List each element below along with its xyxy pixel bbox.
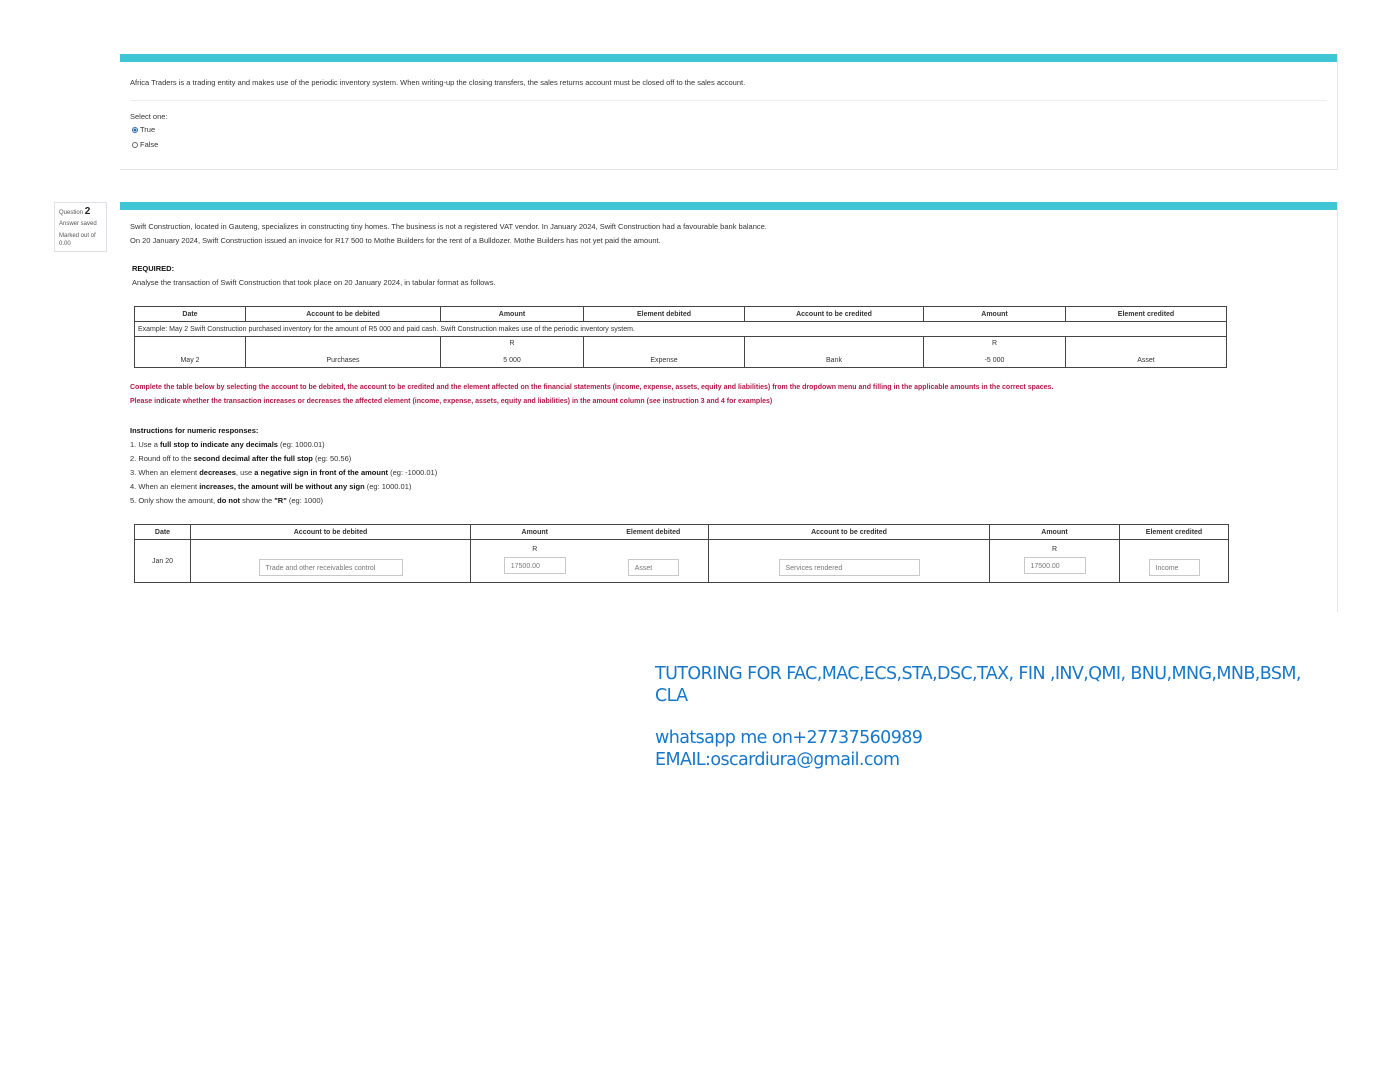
example-credit-amount: -5 000 bbox=[924, 357, 1065, 364]
header-date: Date bbox=[135, 525, 191, 540]
element-credited-select[interactable]: Income bbox=[1149, 559, 1200, 576]
marked-out-of-label: Marked out of bbox=[59, 233, 96, 239]
example-credit-account: Bank bbox=[745, 357, 923, 364]
question-number: 2 bbox=[85, 206, 91, 217]
currency-label: R bbox=[924, 340, 1065, 347]
answer-table: Date Account to be debited Amount Elemen… bbox=[134, 524, 1229, 583]
example-debit-account: Purchases bbox=[246, 357, 440, 364]
divider bbox=[130, 100, 1327, 101]
header-element-credited: Element credited bbox=[1120, 525, 1229, 540]
numeric-instruction-item: 2. Round off to the second decimal after… bbox=[130, 454, 351, 463]
question-accent-bar bbox=[120, 54, 1337, 62]
example-date: May 2 bbox=[135, 357, 245, 364]
required-text: Analyse the transaction of Swift Constru… bbox=[132, 278, 496, 287]
credit-account-select[interactable]: Services rendered bbox=[779, 559, 920, 576]
required-heading: REQUIRED: bbox=[132, 264, 174, 273]
tutoring-advert: TUTORING FOR FAC,MAC,ECS,STA,DSC,TAX, FI… bbox=[655, 663, 1301, 771]
example-debit-amount: 5 000 bbox=[441, 357, 583, 364]
numeric-instruction-item: 1. Use a full stop to indicate any decim… bbox=[130, 440, 325, 449]
option-true[interactable]: True bbox=[132, 125, 155, 134]
answer-status: Answer saved bbox=[59, 219, 102, 230]
header-account-debited: Account to be debited bbox=[191, 525, 471, 540]
numeric-instruction-item: 3. When an element decreases, use a nega… bbox=[130, 468, 437, 477]
radio-unchecked-icon[interactable] bbox=[132, 142, 138, 148]
table-row: May 2 Purchases R5 000 Expense Bank R-5 … bbox=[135, 337, 1227, 368]
option-label: True bbox=[140, 125, 155, 134]
intro-line-1: Swift Construction, located in Gauteng, … bbox=[130, 222, 767, 231]
example-element-debited: Expense bbox=[584, 357, 744, 364]
intro-line-2: On 20 January 2024, Swift Construction i… bbox=[130, 236, 661, 245]
header-amount: Amount bbox=[441, 307, 584, 322]
element-debited-select[interactable]: Asset bbox=[628, 559, 679, 576]
example-table: Date Account to be debited Amount Elemen… bbox=[134, 306, 1227, 368]
header-amount: Amount bbox=[471, 525, 599, 540]
advert-line-2: CLA bbox=[655, 685, 1301, 707]
advert-line-1: TUTORING FOR FAC,MAC,ECS,STA,DSC,TAX, FI… bbox=[655, 663, 1301, 685]
header-amount: Amount bbox=[924, 307, 1066, 322]
example-text: Example: May 2 Swift Construction purcha… bbox=[135, 322, 1227, 337]
instruction-red-1: Complete the table below by selecting th… bbox=[130, 384, 1053, 391]
question-label: Question bbox=[59, 210, 83, 216]
header-amount: Amount bbox=[990, 525, 1120, 540]
numeric-instruction-item: 4. When an element increases, the amount… bbox=[130, 482, 411, 491]
header-element-debited: Element debited bbox=[599, 525, 709, 540]
currency-label: R bbox=[471, 543, 599, 557]
header-date: Date bbox=[135, 307, 246, 322]
question-1-text: Africa Traders is a trading entity and m… bbox=[130, 78, 745, 87]
option-label: False bbox=[140, 140, 158, 149]
header-account-debited: Account to be debited bbox=[246, 307, 441, 322]
table-header-row: Date Account to be debited Amount Elemen… bbox=[135, 525, 1229, 540]
header-element-credited: Element credited bbox=[1066, 307, 1227, 322]
debit-amount-input[interactable]: 17500.00 bbox=[504, 557, 566, 574]
table-header-row: Date Account to be debited Amount Elemen… bbox=[135, 307, 1227, 322]
advert-email: EMAIL:oscardiura@gmail.com bbox=[655, 749, 1301, 771]
question-2-card: Swift Construction, located in Gauteng, … bbox=[120, 202, 1338, 612]
header-account-credited: Account to be credited bbox=[709, 525, 990, 540]
question-1-card: Africa Traders is a trading entity and m… bbox=[120, 54, 1338, 170]
advert-whatsapp: whatsapp me on+27737560989 bbox=[655, 727, 1301, 749]
radio-checked-icon[interactable] bbox=[132, 127, 138, 133]
numeric-instruction-item: 5. Only show the amount, do not show the… bbox=[130, 496, 323, 505]
answer-row: Jan 20 Trade and other receivables contr… bbox=[135, 540, 1229, 583]
example-description-row: Example: May 2 Swift Construction purcha… bbox=[135, 322, 1227, 337]
question-info-box: Question 2 Answer saved Marked out of 0.… bbox=[54, 202, 107, 252]
numeric-instructions-heading: Instructions for numeric responses: bbox=[130, 426, 258, 435]
option-false[interactable]: False bbox=[132, 140, 158, 149]
marks-value: 0.00 bbox=[59, 241, 71, 247]
header-account-credited: Account to be credited bbox=[745, 307, 924, 322]
currency-label: R bbox=[441, 340, 583, 347]
example-element-credited: Asset bbox=[1066, 357, 1226, 364]
question-accent-bar bbox=[120, 202, 1337, 210]
currency-label: R bbox=[990, 543, 1119, 557]
answer-date: Jan 20 bbox=[135, 540, 191, 583]
instruction-red-2: Please indicate whether the transaction … bbox=[130, 398, 772, 405]
credit-amount-input[interactable]: 17500.00 bbox=[1024, 557, 1086, 574]
select-one-label: Select one: bbox=[130, 112, 168, 121]
debit-account-select[interactable]: Trade and other receivables control bbox=[259, 559, 403, 576]
header-element-debited: Element debited bbox=[584, 307, 745, 322]
